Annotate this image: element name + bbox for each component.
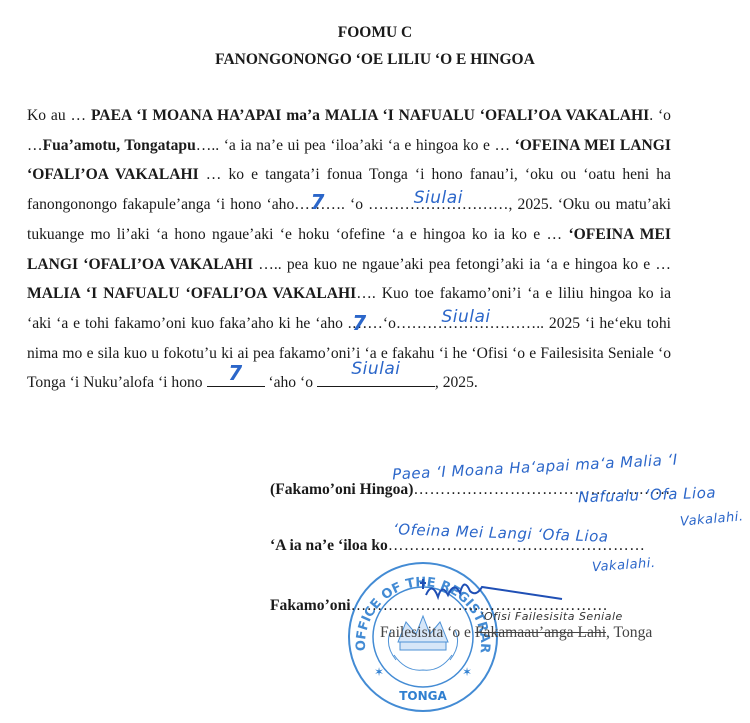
- text-fragment: ….. ‘a ia na’e ui pea ‘iloa’aki ‘a e hin…: [196, 137, 515, 154]
- handwritten-month: Siulai: [414, 184, 463, 214]
- handwritten-day: 7: [310, 188, 324, 218]
- registrar-caption: Failesisita ‘o e Fakamaau’anga Lahi, Ton…: [380, 624, 652, 642]
- place: Fua’amotu, Tongatapu: [43, 137, 196, 154]
- month-field-3: Siulai: [317, 371, 435, 387]
- old-name: MALIA ‘I NAFUALU ‘OFALI’OA VAKALAHI: [27, 285, 356, 302]
- day-field-3: 7: [207, 371, 265, 387]
- signature-label: ‘A ia na’e ‘iloa ko: [270, 537, 388, 554]
- text-fragment: , 2025.: [435, 374, 478, 391]
- text-fragment: ‘aho ‘o: [265, 374, 317, 391]
- handwritten-day: 7: [228, 359, 242, 389]
- handwritten-signature-name: Nafualu ‘Ofa Lioa: [578, 484, 717, 507]
- month-field-2: …Siulai: [458, 309, 474, 339]
- handwritten-month: Siulai: [441, 303, 490, 333]
- handwritten-correction-note: ‘Ofisi Failesisita Seniale: [480, 610, 623, 623]
- svg-text:✶: ✶: [462, 665, 472, 679]
- document-title: FANONGONONGO ‘OE LILIU ‘O E HINGOA: [0, 51, 750, 69]
- caption-text: Failesisita ‘o e: [380, 624, 475, 641]
- signature-label: Fakamo’oni: [270, 597, 351, 614]
- caption-text: , Tonga: [606, 624, 652, 641]
- svg-text:TONGA: TONGA: [399, 689, 447, 703]
- text-fragment: ….. pea kuo ne ngaue’aki pea fetongi’aki…: [253, 256, 671, 273]
- handwritten-signature-name: Vakalahi.: [592, 556, 656, 575]
- handwritten-day: 7: [352, 309, 366, 339]
- handwritten-signature-name: Vakalahi.: [679, 509, 744, 529]
- month-field-1: …Siulai: [431, 190, 447, 220]
- registrar-signature-scribble: [412, 573, 572, 613]
- applicant-old-name: PAEA ‘I MOANA HA’APAI ma’a MALIA ‘I NAFU…: [91, 107, 649, 124]
- form-label: FOOMU C: [0, 24, 750, 42]
- handwritten-month: Siulai: [351, 355, 400, 385]
- day-field-2: …7: [352, 309, 368, 339]
- day-field-1: …7: [310, 190, 326, 220]
- declaration-paragraph: Ko au … PAEA ‘I MOANA HA’APAI ma’a MALIA…: [27, 101, 671, 398]
- struck-text: Fakamaau’anga Lahi: [475, 624, 606, 641]
- svg-text:✶: ✶: [374, 665, 384, 679]
- handwritten-signature-name: Paea ‘I Moana Ha‘apai ma‘a Malia ‘I: [392, 451, 678, 484]
- text-fragment: Ko au …: [27, 107, 91, 124]
- signature-label: (Fakamo’oni Hingoa): [270, 481, 413, 498]
